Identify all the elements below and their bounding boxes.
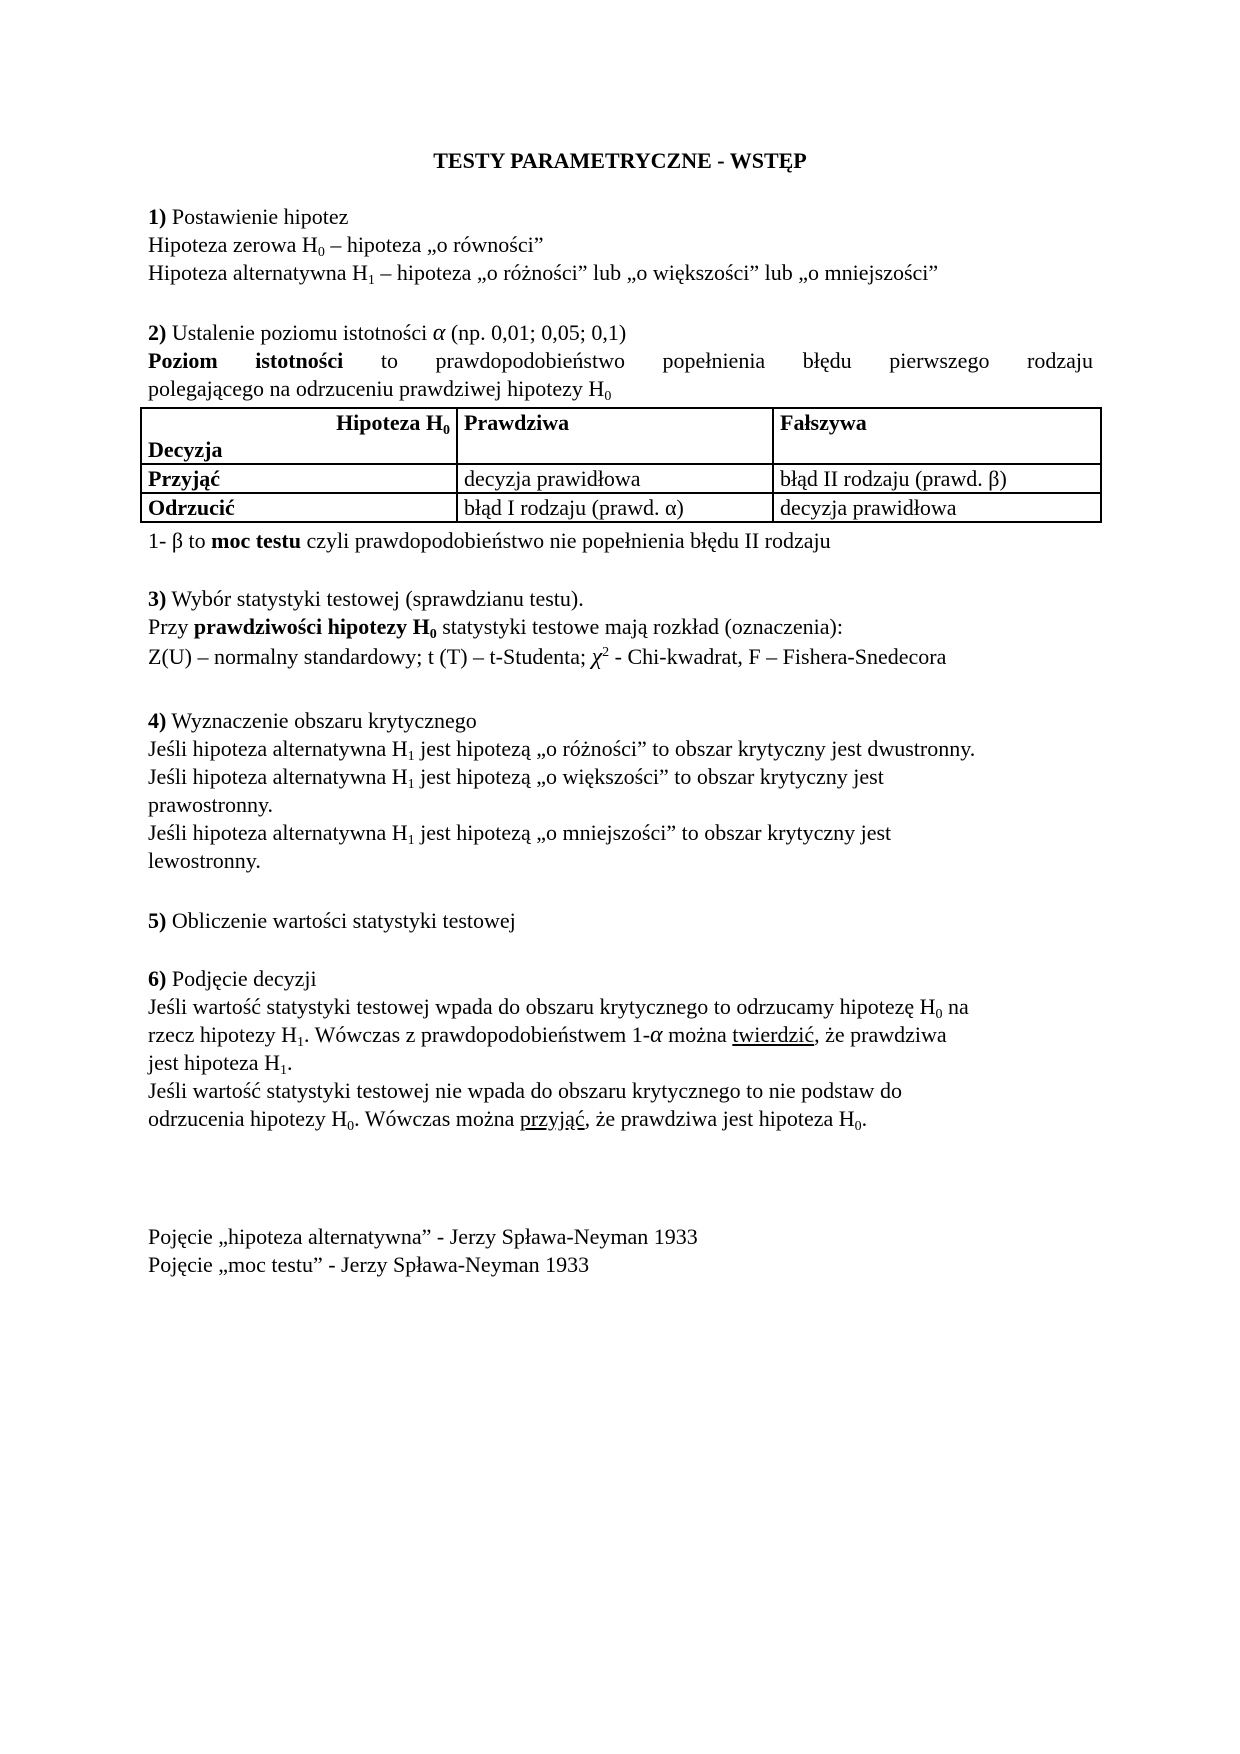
- table-cell: decyzja prawidłowa: [773, 493, 1101, 522]
- section-title: Wyznaczenie obszaru krytycznego: [166, 708, 476, 733]
- subscript: 1: [408, 749, 415, 764]
- significance-definition-cont: polegającego na odrzuceniu prawdziwej hi…: [148, 375, 611, 403]
- text: – hipoteza „o równości”: [325, 232, 544, 257]
- section-title: Ustalenie poziomu istotności: [166, 320, 432, 345]
- text: można: [663, 1022, 733, 1047]
- bold-term: Poziom istotności: [148, 348, 343, 373]
- section-number: 5): [148, 908, 166, 933]
- section-2-heading: 2) Ustalenie poziomu istotności α (np. 0…: [148, 319, 626, 347]
- row-label: Odrzucić: [141, 493, 457, 522]
- distributions-line: Z(U) – normalny standardowy; t (T) – t-S…: [148, 643, 946, 671]
- section-title: Podjęcie decyzji: [166, 966, 316, 991]
- power-of-test-line: 1- β to moc testu czyli prawdopodobieńst…: [148, 527, 831, 555]
- section-number: 4): [148, 708, 166, 733]
- text: 1- β to: [148, 528, 211, 553]
- corner-label: Decyzja: [148, 436, 450, 463]
- row-label: Przyjąć: [141, 464, 457, 493]
- reject-line: Jeśli wartość statystyki testowej wpada …: [148, 993, 969, 1021]
- section-title: Postawienie hipotez: [166, 204, 348, 229]
- subscript: 0: [318, 245, 325, 260]
- text: statystyki testowe mają rozkład (oznacze…: [437, 614, 843, 639]
- reject-line-cont: rzecz hipotezy H1. Wówczas z prawdopodob…: [148, 1021, 947, 1049]
- table-row: Odrzucić błąd I rodzaju (prawd. α) decyz…: [141, 493, 1101, 522]
- accept-line-cont: odrzucenia hipotezy H0. Wówczas można pr…: [148, 1105, 867, 1133]
- text: , że prawdziwa jest hipoteza H: [585, 1106, 855, 1131]
- subscript: 0: [604, 389, 611, 404]
- text: czyli prawdopodobieństwo nie popełnienia…: [301, 528, 831, 553]
- text: Hipoteza zerowa H: [148, 232, 318, 257]
- text: jest hipotezą „o większości” to obszar k…: [415, 764, 884, 789]
- subscript: 0: [443, 423, 450, 438]
- subscript: 0: [430, 627, 437, 642]
- significance-definition: Poziom istotności to prawdopodobieństwo …: [148, 347, 1093, 375]
- section-5-heading: 5) Obliczenie wartości statystyki testow…: [148, 907, 516, 935]
- section-4-heading: 4) Wyznaczenie obszaru krytycznego: [148, 707, 477, 735]
- historical-note: Pojęcie „moc testu” - Jerzy Spława-Neyma…: [148, 1251, 589, 1279]
- text: Jeśli hipoteza alternatywna H: [148, 764, 408, 789]
- text: – hipoteza „o różności” lub „o większośc…: [375, 260, 938, 285]
- section-title: Obliczenie wartości statystyki testowej: [166, 908, 515, 933]
- two-sided-line: Jeśli hipoteza alternatywna H1 jest hipo…: [148, 735, 975, 763]
- text: . Wówczas można: [354, 1106, 520, 1131]
- corner-label: Hipoteza H: [336, 410, 443, 435]
- reject-line-end: jest hipoteza H1.: [148, 1049, 292, 1077]
- table-cell: błąd II rodzaju (prawd. β): [773, 464, 1101, 493]
- chi-symbol: χ: [592, 644, 603, 670]
- section-6-heading: 6) Podjęcie decyzji: [148, 965, 317, 993]
- historical-note: Pojęcie „hipoteza alternatywna” - Jerzy …: [148, 1223, 698, 1251]
- text: Jeśli wartość statystyki testowej wpada …: [148, 994, 936, 1019]
- text: odrzucenia hipotezy H: [148, 1106, 347, 1131]
- accept-line: Jeśli wartość statystyki testowej nie wp…: [148, 1077, 902, 1105]
- section-number: 1): [148, 204, 166, 229]
- table-row: Przyjąć decyzja prawidłowa błąd II rodza…: [141, 464, 1101, 493]
- text: rzecz hipotezy H: [148, 1022, 297, 1047]
- subscript: 1: [280, 1063, 287, 1078]
- left-sided-line-cont: lewostronny.: [148, 847, 261, 875]
- bold-term: prawdziwości hipotezy H: [194, 614, 430, 639]
- text: Hipoteza alternatywna H: [148, 260, 368, 285]
- section-3-heading: 3) Wybór statystyki testowej (sprawdzian…: [148, 585, 584, 613]
- subscript: 1: [297, 1035, 304, 1050]
- section-1-heading: 1) Postawienie hipotez: [148, 203, 348, 231]
- subscript: 1: [368, 273, 375, 288]
- right-sided-line: Jeśli hipoteza alternatywna H1 jest hipo…: [148, 763, 884, 791]
- distribution-intro-line: Przy prawdziwości hipotezy H0 statystyki…: [148, 613, 843, 641]
- section-title: Wybór statystyki testowej (sprawdzianu t…: [166, 586, 583, 611]
- section-number: 3): [148, 586, 166, 611]
- section-number: 2): [148, 320, 166, 345]
- alternative-hypothesis-line: Hipoteza alternatywna H1 – hipoteza „o r…: [148, 259, 938, 287]
- text: jest hipotezą „o różności” to obszar kry…: [415, 736, 976, 761]
- bold-term: moc testu: [211, 528, 301, 553]
- left-sided-line: Jeśli hipoteza alternatywna H1 jest hipo…: [148, 819, 891, 847]
- table-cell: błąd I rodzaju (prawd. α): [457, 493, 773, 522]
- subscript: 0: [936, 1007, 943, 1022]
- text: to prawdopodobieństwo popełnienia błędu …: [343, 348, 1093, 373]
- text: jest hipotezą „o mniejszości” to obszar …: [415, 820, 892, 845]
- section-number: 6): [148, 966, 166, 991]
- decision-table: Hipoteza H0 Decyzja Prawdziwa Fałszywa P…: [140, 407, 1102, 523]
- right-sided-line-cont: prawostronny.: [148, 791, 273, 819]
- text: - Chi-kwadrat, F – Fishera-Snedecora: [609, 644, 946, 669]
- table-header-row: Hipoteza H0 Decyzja Prawdziwa Fałszywa: [141, 408, 1101, 464]
- alpha-symbol: α: [650, 1022, 663, 1048]
- text: na: [943, 994, 969, 1019]
- page-title: TESTY PARAMETRYCZNE - WSTĘP: [0, 148, 1240, 174]
- text: polegającego na odrzuceniu prawdziwej hi…: [148, 376, 604, 401]
- underlined-term: przyjąć: [520, 1106, 585, 1131]
- table-corner-cell: Hipoteza H0 Decyzja: [141, 408, 457, 464]
- text: Z(U) – normalny standardowy; t (T) – t-S…: [148, 644, 592, 669]
- column-header: Fałszywa: [773, 408, 1101, 464]
- text: , że prawdziwa: [814, 1022, 947, 1047]
- text: (np. 0,01; 0,05; 0,1): [445, 320, 626, 345]
- text: .: [287, 1050, 293, 1075]
- text: Jeśli hipoteza alternatywna H: [148, 820, 408, 845]
- subscript: 1: [408, 777, 415, 792]
- text: jest hipoteza H: [148, 1050, 280, 1075]
- text: Przy: [148, 614, 194, 639]
- table-cell: decyzja prawidłowa: [457, 464, 773, 493]
- alpha-symbol: α: [433, 320, 446, 346]
- subscript: 1: [408, 833, 415, 848]
- text: .: [862, 1106, 868, 1131]
- column-header: Prawdziwa: [457, 408, 773, 464]
- subscript: 0: [855, 1119, 862, 1134]
- underlined-term: twierdzić: [732, 1022, 814, 1047]
- document-page: TESTY PARAMETRYCZNE - WSTĘP 1) Postawien…: [0, 0, 1240, 1754]
- text: . Wówczas z prawdopodobieństwem 1-: [304, 1022, 650, 1047]
- null-hypothesis-line: Hipoteza zerowa H0 – hipoteza „o równośc…: [148, 231, 544, 259]
- text: Jeśli hipoteza alternatywna H: [148, 736, 408, 761]
